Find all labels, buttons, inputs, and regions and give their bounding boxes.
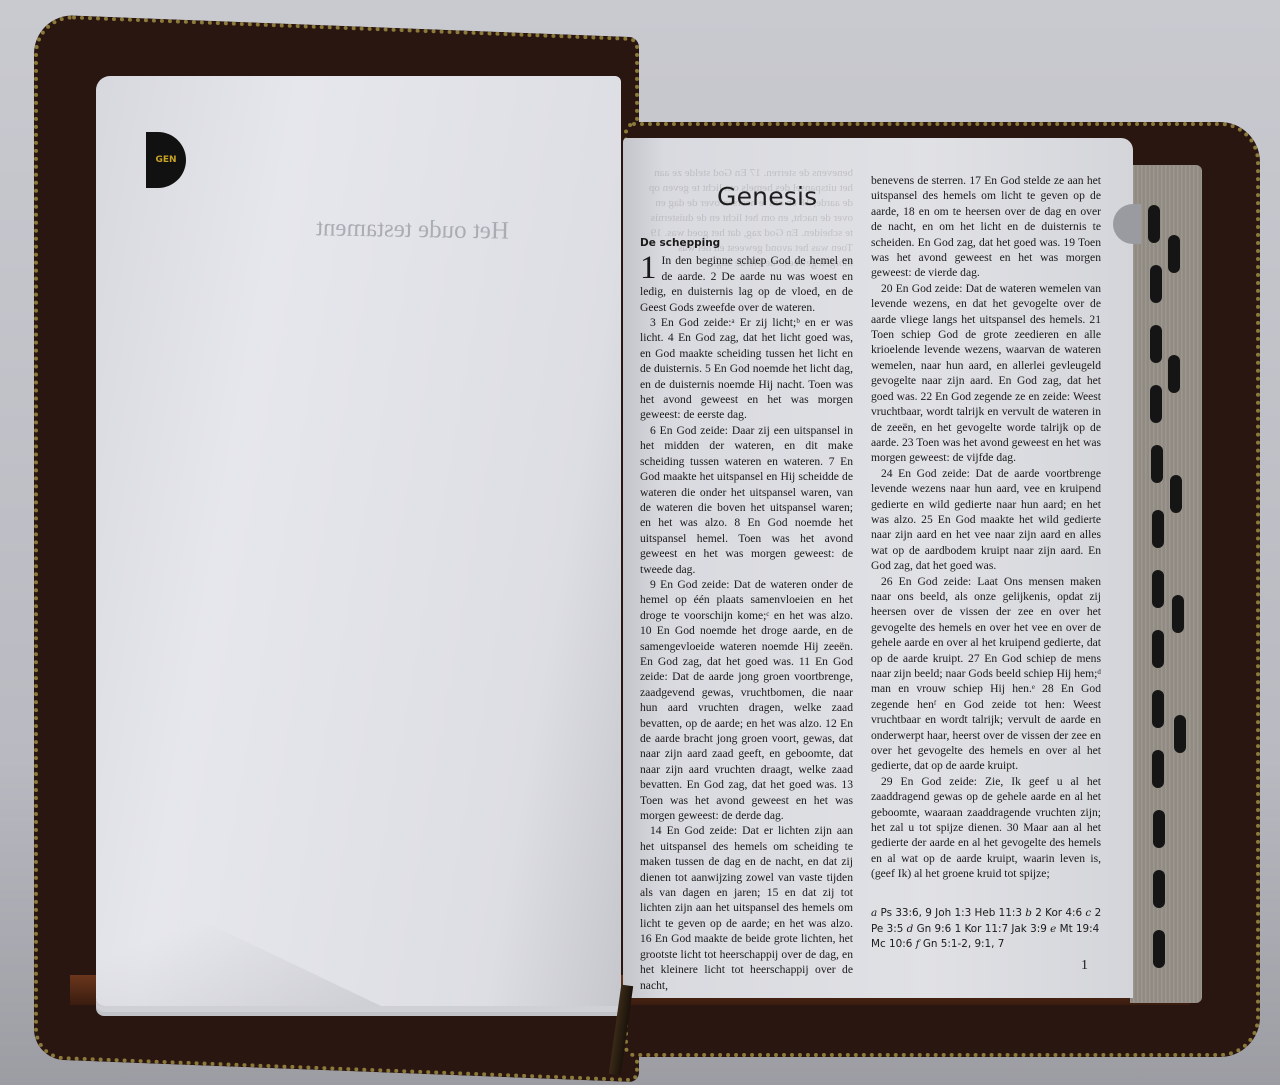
text-column-right: benevens de sterren. 17 En God stelde ze…: [871, 173, 1101, 882]
paragraph: 1In den beginne schiep God de hemel en d…: [640, 253, 853, 315]
paragraph: 29 En God zeide: Zie, Ik geef u al het z…: [871, 774, 1101, 882]
paragraph: benevens de sterren. 17 En God stelde ze…: [871, 173, 1101, 281]
text-column-left: De schepping 1In den beginne schiep God …: [640, 236, 853, 993]
thumb-index-tab[interactable]: [1151, 445, 1163, 483]
paragraph: 6 En God zeide: Daar zij een uitspansel …: [640, 423, 853, 577]
genesis-tab-label: GEN: [155, 155, 176, 165]
paragraph: 26 En God zeide: Laat Ons mensen maken n…: [871, 574, 1101, 774]
thumb-index-tab[interactable]: [1168, 355, 1180, 393]
thumb-index-tab[interactable]: [1168, 235, 1180, 273]
thumb-index-tab[interactable]: [1152, 750, 1164, 788]
thumb-index-tab[interactable]: [1153, 870, 1165, 908]
thumb-index-tab[interactable]: [1153, 930, 1165, 968]
genesis-thumb-tab[interactable]: GEN: [146, 132, 186, 188]
thumb-index-tab[interactable]: [1150, 325, 1162, 363]
thumb-index-tab[interactable]: [1152, 570, 1164, 608]
thumb-index-tab[interactable]: [1150, 265, 1162, 303]
paragraph: 3 En God zeide:ᵃ Er zij licht;ᵇ en er wa…: [640, 315, 853, 423]
page-number: 1: [1081, 958, 1088, 974]
thumb-index-tab[interactable]: [1152, 630, 1164, 668]
paragraph: 14 En God zeide: Dat er lichten zijn aan…: [640, 823, 853, 992]
left-page[interactable]: GEN Het oude testament: [96, 76, 621, 1006]
page-block-edge: [1130, 165, 1202, 1003]
thumb-index-tab[interactable]: [1170, 475, 1182, 513]
thumb-index-tab[interactable]: [1153, 810, 1165, 848]
paragraph: 20 En God zeide: Dat de wateren wemelen …: [871, 281, 1101, 466]
page-fold-shadow: [96, 836, 476, 1006]
section-heading: De schepping: [640, 236, 853, 251]
thumb-index-tab[interactable]: [1174, 715, 1186, 753]
book-title: Genesis: [717, 182, 817, 211]
paragraph: 9 En God zeide: Dat de wateren onder de …: [640, 577, 853, 824]
right-page[interactable]: benevens de sterren. 17 En God stelde ze…: [623, 138, 1133, 998]
thumb-index-tab[interactable]: [1150, 385, 1162, 423]
paragraph: 24 En God zeide: Dat de aarde voortbreng…: [871, 466, 1101, 574]
thumb-index-tab[interactable]: [1152, 510, 1164, 548]
thumb-index-tab[interactable]: [1152, 690, 1164, 728]
show-through-title: Het oude testament: [316, 214, 509, 245]
footnotes: a Ps 33:6, 9 Joh 1:3 Heb 11:3 b 2 Kor 4:…: [871, 906, 1103, 953]
thumb-index-cutout: [1113, 204, 1141, 244]
thumb-index-tab[interactable]: [1172, 595, 1184, 633]
thumb-index-tab[interactable]: [1148, 205, 1160, 243]
chapter-number: 1: [640, 254, 657, 282]
